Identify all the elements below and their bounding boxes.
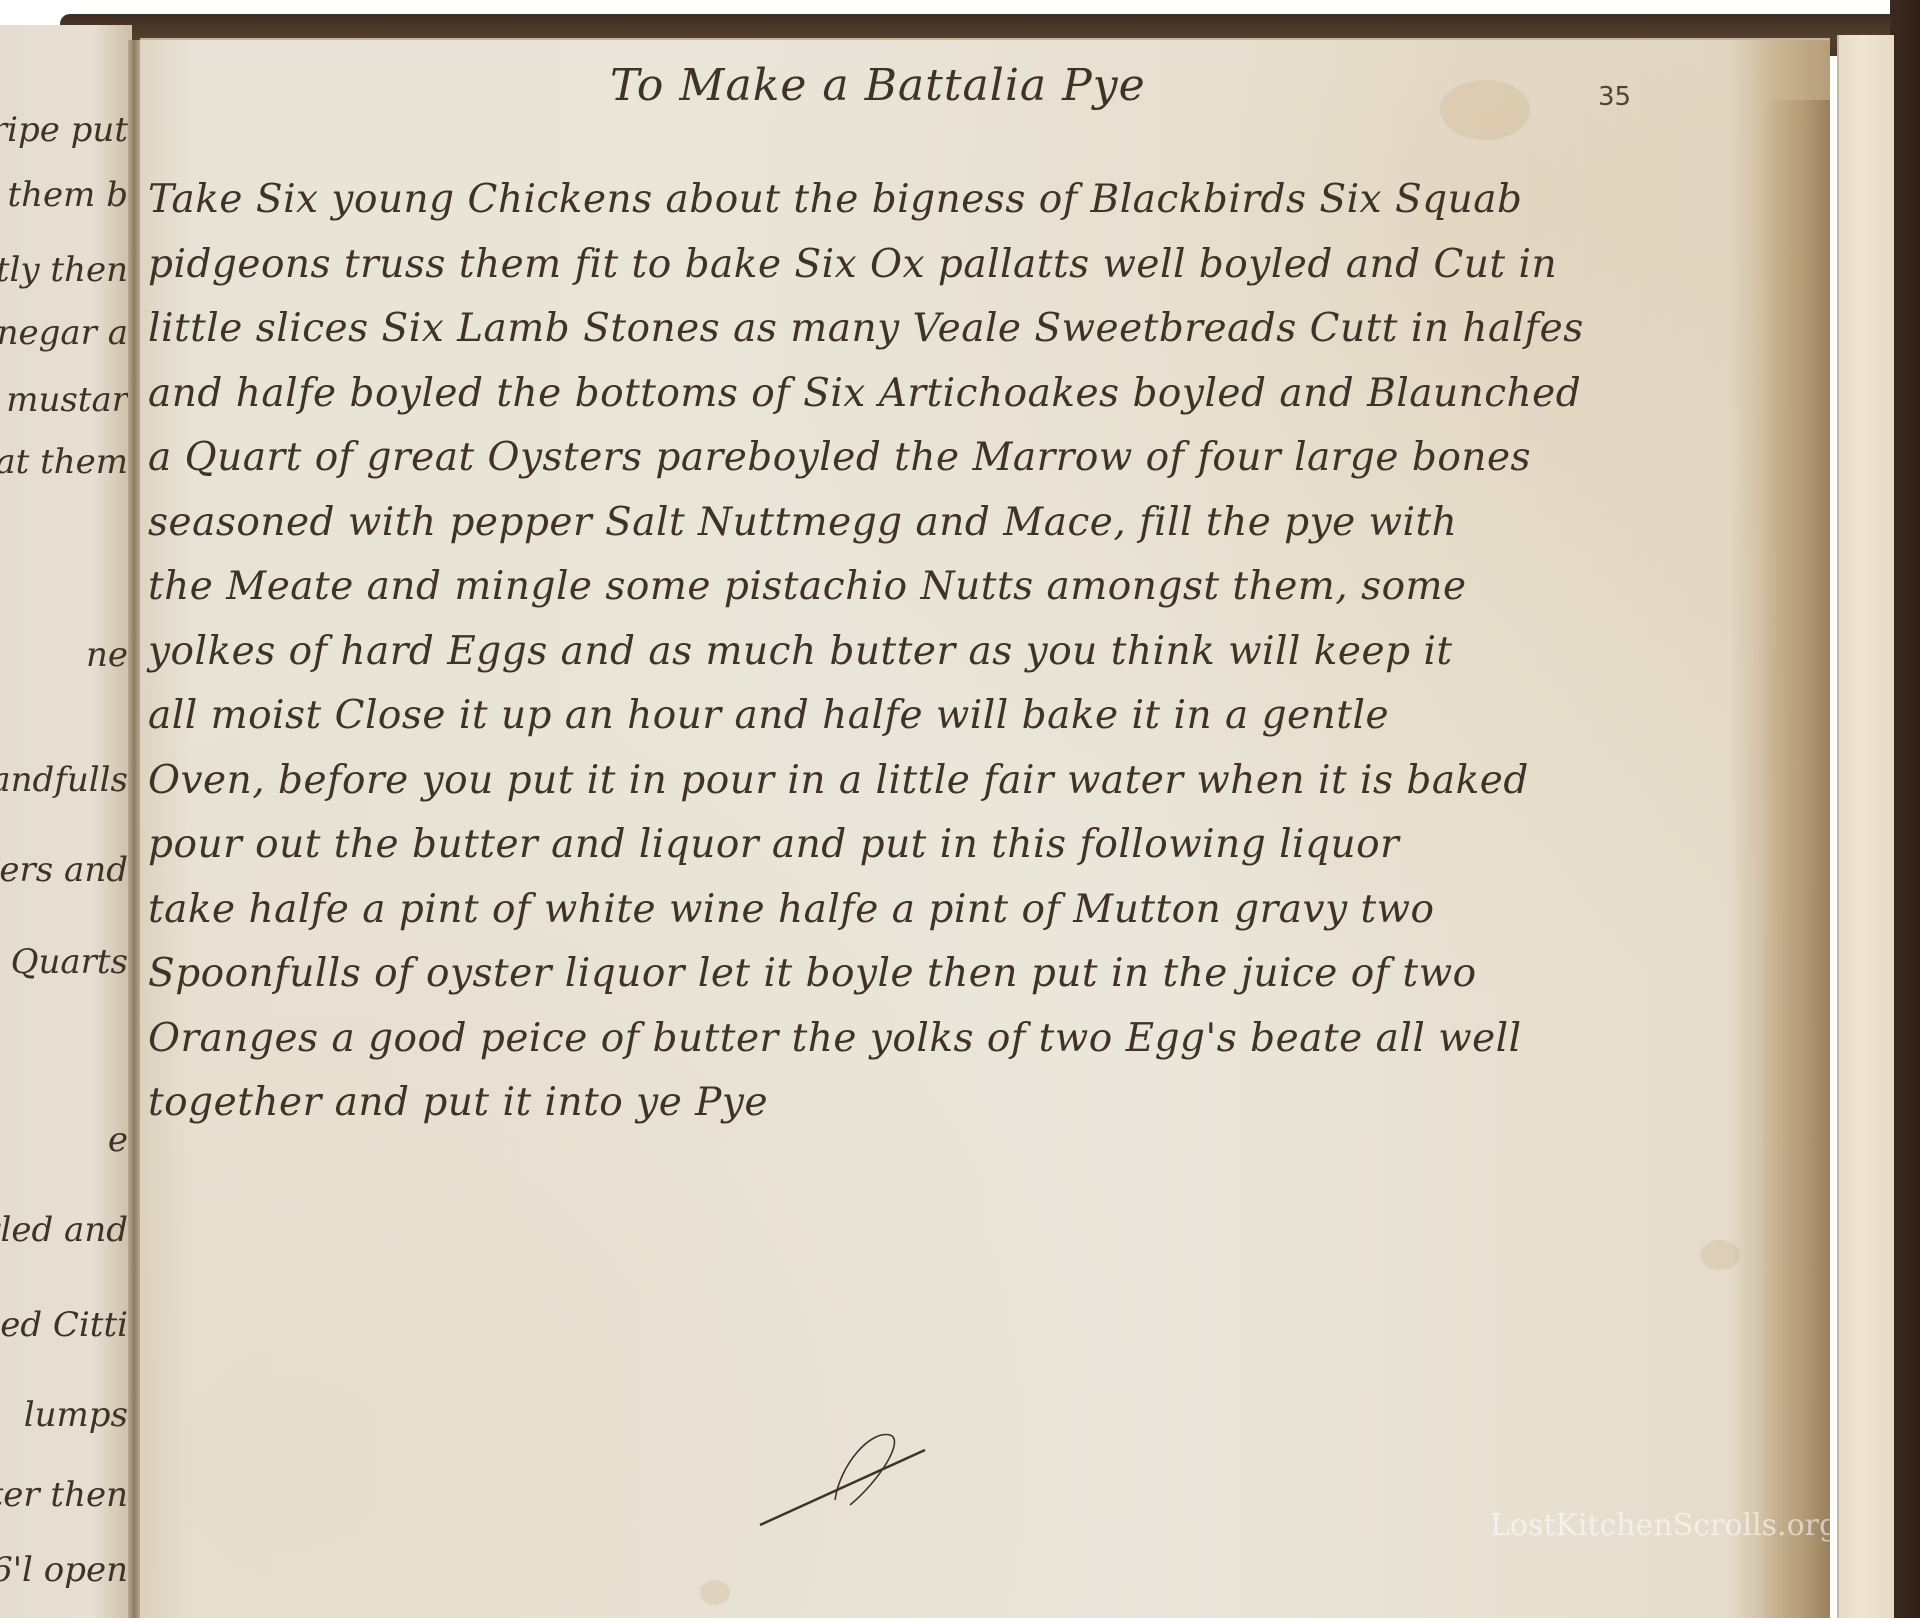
text-line: the Meate and mingle some pistachio Nutt… — [148, 555, 1788, 620]
manuscript-book: ripe putff, them bently theninegar ade m… — [0, 0, 1920, 1618]
left-page-fragment: ne — [86, 635, 128, 675]
text-line: Spoonfulls of oyster liquor let it boyle… — [148, 942, 1788, 1007]
text-line: all moist Close it up an hour and halfe … — [148, 684, 1788, 749]
left-page-fragment: eat them — [0, 442, 128, 482]
recipe-body: Take Six young Chickens about the bignes… — [148, 168, 1788, 1136]
text-line: pidgeons truss them fit to bake Six Ox p… — [148, 233, 1788, 298]
endpaper — [1837, 35, 1894, 1618]
left-page-fragment: ter then — [0, 1475, 128, 1515]
text-line: and halfe boyled the bottoms of Six Arti… — [148, 362, 1788, 427]
left-page-fragment: ripe put — [0, 110, 128, 150]
text-line: together and put it into ye Pye — [148, 1071, 1788, 1136]
paper-stain — [700, 1580, 730, 1605]
left-page-fragment: ently then — [0, 250, 128, 290]
left-page-fragment: lumps — [24, 1395, 128, 1435]
text-line: Oven, before you put it in pour in a lit… — [148, 749, 1788, 814]
left-page-fragment: ff, them b — [0, 175, 128, 215]
left-page: ripe putff, them bently theninegar ade m… — [0, 25, 132, 1618]
left-page-fragment: inegar a — [0, 313, 128, 353]
text-line: little slices Six Lamb Stones as many Ve… — [148, 297, 1788, 362]
left-page-fragment: vers and — [0, 850, 128, 890]
text-line: Take Six young Chickens about the bignes… — [148, 168, 1788, 233]
text-line: yolkes of hard Eggs and as much butter a… — [148, 620, 1788, 685]
book-cover-right — [1890, 0, 1920, 1618]
right-page: To Make a Battalia Pye 35 Take Six young… — [140, 38, 1830, 1618]
text-line: pour out the butter and liquor and put i… — [148, 813, 1788, 878]
recipe-title: To Make a Battalia Pye — [610, 60, 1310, 111]
text-line: Oranges a good peice of butter the yolks… — [148, 1007, 1788, 1072]
paper-stain — [1700, 1240, 1740, 1270]
watermark: LostKitchenScrolls.org — [1490, 1508, 1838, 1543]
left-page-fragment: ed Citti — [0, 1305, 128, 1345]
page-number: 35 — [1598, 82, 1631, 112]
text-line: seasoned with pepper Salt Nuttmegg and M… — [148, 491, 1788, 556]
left-page-fragment: yled and — [0, 1210, 128, 1250]
left-page-fragment: de mustar — [0, 380, 128, 420]
text-line: take halfe a pint of white wine halfe a … — [148, 878, 1788, 943]
text-line: a Quart of great Oysters pareboyled the … — [148, 426, 1788, 491]
paper-stain — [1440, 80, 1530, 140]
left-page-fragment: Quarts — [11, 942, 128, 982]
end-flourish-icon — [740, 1410, 940, 1530]
left-page-fragment: handfulls — [0, 760, 128, 800]
left-page-fragment: 6'l open — [0, 1550, 128, 1590]
left-page-fragment: e — [108, 1120, 128, 1160]
